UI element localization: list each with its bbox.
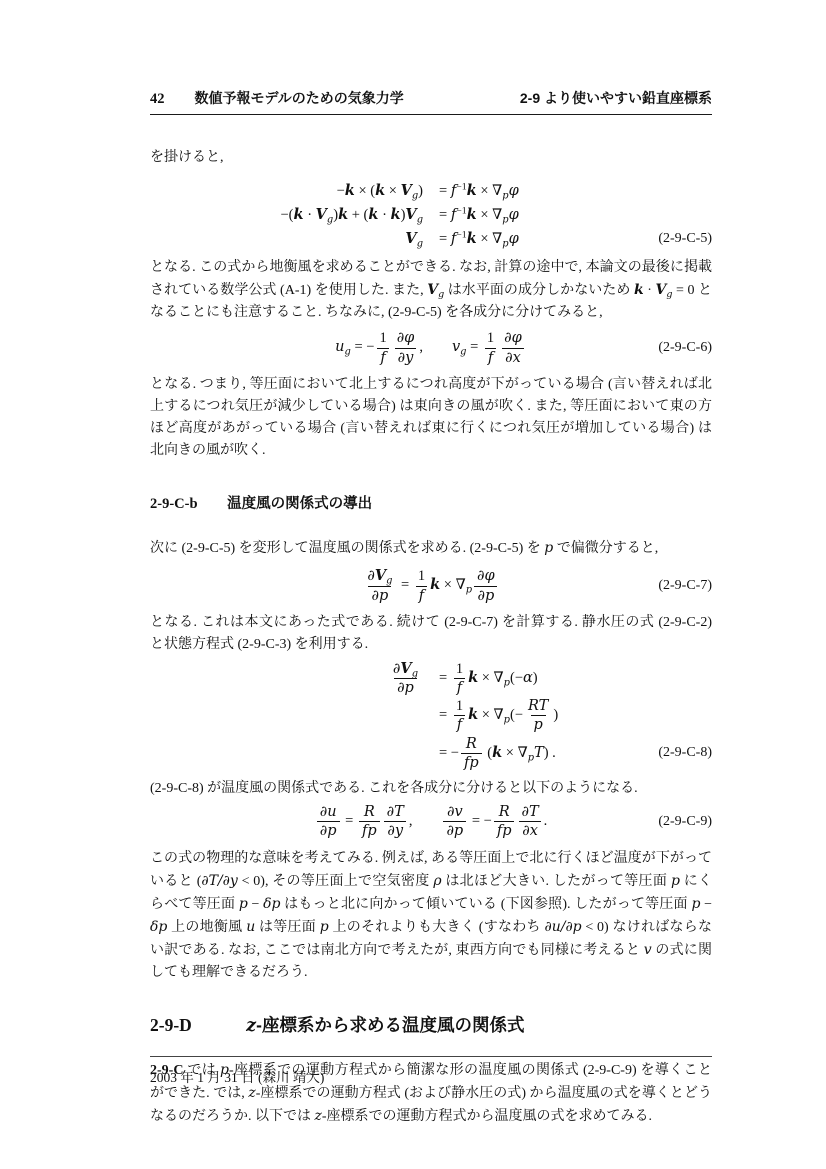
equation-body: ∂Vg∂p = 1fk × ∇p∂φ∂p	[362, 567, 499, 604]
equation-label-2-9-C-5: (2-9-C-5)	[658, 231, 712, 247]
equation-line: ∂Vg∂p = 1fk × ∇p(−α)	[150, 660, 712, 697]
equation-lhs: −k × (k × Vg)	[150, 182, 431, 200]
equation-2-9-C-6: ug = −1f∂φ∂y, vg = 1f∂φ∂x (2-9-C-6)	[150, 328, 712, 368]
equation-lhs: ∂Vg∂p	[150, 660, 431, 697]
paragraph-geostrophic-note: となる. この式から地衡風を求めることができる. なお, 計算の途中で, 本論文…	[150, 257, 712, 324]
equation-line: = −Rfp (k × ∇pT) . (2-9-C-8)	[150, 735, 712, 772]
paragraph-components: (2-9-C-8) が温度風の関係式である. これを各成分に分けると以下のように…	[150, 778, 712, 800]
page-content: 42 数値予報モデルのための気象力学 2-9 より使いやすい鉛直座標系 を掛ける…	[150, 88, 712, 1128]
equation-2-9-C-5: −k × (k × Vg) = f−1k × ∇pφ −(k · Vg)k + …	[150, 179, 712, 251]
equation-label-2-9-C-8: (2-9-C-8)	[658, 745, 712, 761]
equation-line: −(k · Vg)k + (k · k)Vg = f−1k × ∇pφ	[150, 203, 712, 227]
equation-line: = 1fk × ∇p(−RTp)	[150, 697, 712, 734]
page-header: 42 数値予報モデルのための気象力学 2-9 より使いやすい鉛直座標系	[150, 88, 712, 115]
equation-lhs: Vg	[150, 230, 431, 248]
paragraph-derivation-intro: 次に (2-9-C-5) を変形して温度風の関係式を求める. (2-9-C-5)…	[150, 537, 712, 560]
equation-rhs: = 1fk × ∇p(−RTp)	[431, 697, 712, 734]
section-number: 2-9-C-b	[150, 496, 198, 512]
equation-rhs: = f−1k × ∇pφ	[431, 206, 712, 224]
equation-label-2-9-C-9: (2-9-C-9)	[658, 814, 712, 830]
equation-rhs: = f−1k × ∇pφ	[431, 182, 712, 200]
paragraph-hydrostatic-note: となる. これは本文にあった式である. 続けて (2-9-C-7) を計算する.…	[150, 612, 712, 656]
page-number: 42	[150, 91, 165, 108]
equation-line: Vg = f−1k × ∇pφ (2-9-C-5)	[150, 227, 712, 251]
equation-2-9-C-8: ∂Vg∂p = 1fk × ∇p(−α) = 1fk × ∇p(−RTp) = …	[150, 660, 712, 772]
footer-date-author: 2003 年 1 月 31 日 (森川 靖大)	[150, 1070, 324, 1085]
paragraph-wind-interpretation: となる. つまり, 等圧面において北上するにつれ高度が下がっている場合 (言い替…	[150, 374, 712, 462]
page-footer: 2003 年 1 月 31 日 (森川 靖大)	[150, 1056, 712, 1086]
equation-line: −k × (k × Vg) = f−1k × ∇pφ	[150, 179, 712, 203]
equation-body: ∂u∂p = Rfp∂T∂y, ∂v∂p = −Rfp∂T∂x.	[315, 803, 548, 840]
equation-rhs: = 1fk × ∇p(−α)	[431, 660, 712, 697]
paragraph-intro: を掛けると,	[150, 147, 712, 169]
section-heading-2-9-D: 2-9-D z-座標系から求める温度風の関係式	[150, 1012, 712, 1037]
section-number: 2-9-D	[150, 1015, 192, 1035]
equation-lhs: −(k · Vg)k + (k · k)Vg	[150, 206, 431, 224]
equation-2-9-C-9: ∂u∂p = Rfp∂T∂y, ∂v∂p = −Rfp∂T∂x. (2-9-C-…	[150, 802, 712, 842]
equation-2-9-C-7: ∂Vg∂p = 1fk × ∇p∂φ∂p (2-9-C-7)	[150, 566, 712, 606]
section-heading-2-9-C-b: 2-9-C-b 温度風の関係式の導出	[150, 492, 712, 513]
header-left-title: 数値予報モデルのための気象力学	[195, 88, 404, 108]
equation-label-2-9-C-6: (2-9-C-6)	[658, 340, 712, 356]
document-page: 42 数値予報モデルのための気象力学 2-9 より使いやすい鉛直座標系 を掛ける…	[0, 0, 826, 1169]
equation-body: ug = −1f∂φ∂y, vg = 1f∂φ∂x	[335, 329, 527, 366]
equation-label-2-9-C-7: (2-9-C-7)	[658, 578, 712, 594]
section-title: z-座標系から求める温度風の関係式	[246, 1015, 524, 1035]
paragraph-physical-meaning: この式の物理的な意味を考えてみる. 例えば, ある等圧面上で北に行くほど温度が下…	[150, 848, 712, 984]
section-title: 温度風の関係式の導出	[227, 496, 372, 512]
header-right-title: 2-9 より使いやすい鉛直座標系	[520, 88, 712, 108]
